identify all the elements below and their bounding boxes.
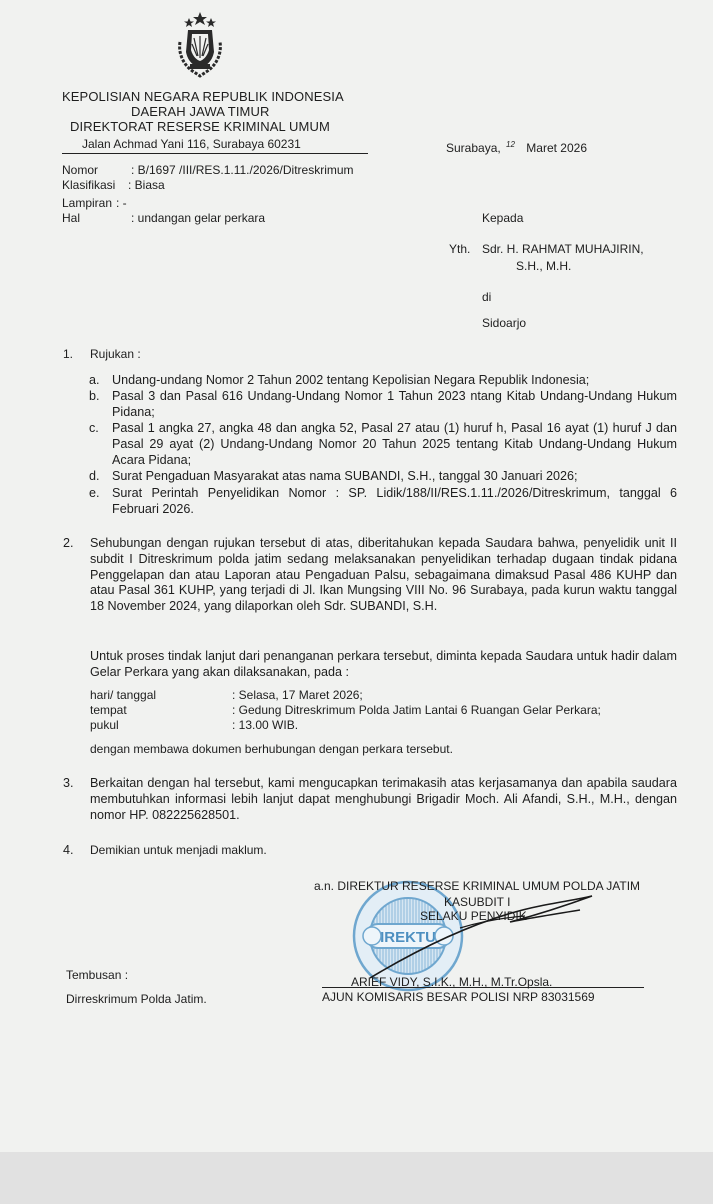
lampiran-value: : -: [116, 196, 127, 210]
letterhead-divider: [62, 153, 368, 154]
section1-number: 1.: [63, 347, 73, 361]
signatory-rank: AJUN KOMISARIS BESAR POLISI NRP 83031569: [322, 990, 595, 1004]
section2-number: 2.: [63, 536, 74, 550]
letterhead-region: DAERAH JAWA TIMUR: [131, 104, 269, 119]
nomor-label: Nomor: [62, 163, 98, 177]
date-day: 12: [506, 140, 515, 149]
letterhead-address: Jalan Achmad Yani 116, Surabaya 60231: [82, 137, 301, 151]
ref-b-label: b.: [89, 389, 100, 403]
schedule-place-label: tempat: [90, 703, 127, 717]
section4-text: Demikian untuk menjadi maklum.: [90, 843, 267, 857]
ref-e-text: Surat Perintah Penyelidikan Nomor : SP. …: [112, 486, 677, 518]
klasifikasi-label: Klasifikasi: [62, 178, 115, 192]
lampiran-label: Lampiran: [62, 196, 112, 210]
section4-number: 4.: [63, 843, 74, 857]
ref-b-text: Pasal 3 dan Pasal 616 Undang-Undang Nomo…: [112, 389, 677, 421]
ref-e-label: e.: [89, 486, 100, 500]
ref-a-text: Undang-undang Nomor 2 Tahun 2002 tentang…: [112, 373, 677, 389]
klasifikasi-value: : Biasa: [128, 178, 165, 192]
recipient-di: di: [482, 290, 491, 304]
section2-closing: dengan membawa dokumen berhubungan denga…: [90, 742, 453, 756]
section3-number: 3.: [63, 776, 74, 790]
ref-d-label: d.: [89, 469, 100, 483]
ref-a-label: a.: [89, 373, 100, 387]
tembusan-item: Dirreskrimum Polda Jatim.: [66, 992, 207, 1006]
schedule-time-value: : 13.00 WIB.: [232, 718, 298, 732]
ref-d-text: Surat Pengaduan Masyarakat atas nama SUB…: [112, 469, 677, 485]
hal-value: : undangan gelar perkara: [131, 211, 265, 225]
schedule-time-label: pukul: [90, 718, 119, 732]
recipient-title: S.H., M.H.: [516, 259, 571, 273]
section2-text: Sehubungan dengan rujukan tersebut di at…: [90, 536, 677, 615]
hal-label: Hal: [62, 211, 80, 225]
recipient-name: Sdr. H. RAHMAT MUHAJIRIN,: [482, 242, 644, 256]
section1-title: Rujukan :: [90, 347, 141, 361]
ref-c-text: Pasal 1 angka 27, angka 48 dan angka 52,…: [112, 421, 677, 468]
recipient-kepada: Kepada: [482, 211, 523, 225]
section3-text: Berkaitan dengan hal tersebut, kami meng…: [90, 776, 677, 823]
signature-divider: [322, 987, 644, 988]
tembusan-label: Tembusan :: [66, 968, 128, 982]
letterhead-directorate: DIREKTORAT RESERSE KRIMINAL UMUM: [70, 119, 330, 134]
polri-crest-icon: [172, 12, 228, 80]
schedule-place-value: : Gedung Ditreskrimum Polda Jatim Lantai…: [232, 703, 601, 717]
nomor-value: : B/1697 /III/RES.1.11./2026/Ditreskrimu…: [131, 163, 354, 177]
date-month-year: Maret 2026: [526, 141, 587, 155]
letterhead-institution: KEPOLISIAN NEGARA REPUBLIK INDONESIA: [62, 89, 344, 104]
letter-place-date: Surabaya, 12 Maret 2026: [446, 140, 587, 155]
handwritten-signature: [340, 888, 600, 988]
section2-followup: Untuk proses tindak lanjut dari penangan…: [90, 649, 677, 681]
ref-c-label: c.: [89, 421, 99, 435]
letter-page: KEPOLISIAN NEGARA REPUBLIK INDONESIA DAE…: [0, 0, 713, 1152]
recipient-yth: Yth.: [449, 242, 470, 256]
viewer-bottom-bar: [0, 1152, 713, 1204]
schedule-day-label: hari/ tanggal: [90, 688, 156, 702]
date-city: Surabaya,: [446, 141, 501, 155]
recipient-city: Sidoarjo: [482, 316, 526, 330]
schedule-day-value: : Selasa, 17 Maret 2026;: [232, 688, 363, 702]
